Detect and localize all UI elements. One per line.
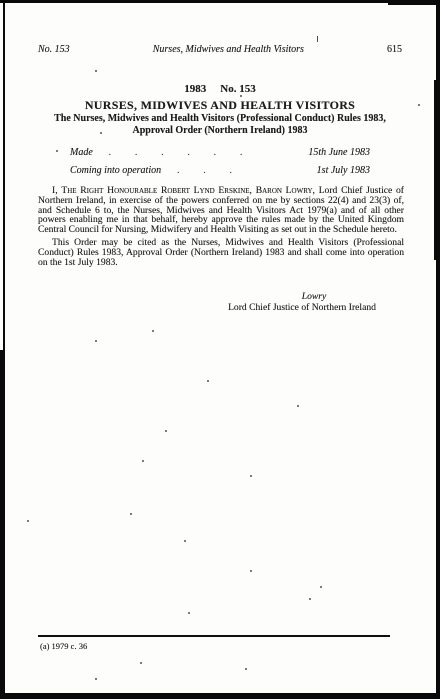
noise-speck xyxy=(250,570,252,572)
noise-speck xyxy=(165,430,167,432)
subtitle-line-2: Approval Order (Northern Ireland) 1983 xyxy=(35,125,405,137)
noise-speck xyxy=(207,380,209,382)
noise-speck xyxy=(320,586,322,588)
meta-label: Coming into operation xyxy=(70,165,161,176)
noise-speck xyxy=(95,340,97,342)
footnote-citation: (a) 1979 c. 36 xyxy=(40,641,87,651)
scan-edge-left-lower xyxy=(0,350,5,699)
dot-leader: ... xyxy=(161,165,317,175)
meta-value: 15th June 1983 xyxy=(308,147,370,158)
footnote-rule xyxy=(38,635,390,637)
scan-edge-top-right xyxy=(388,0,440,5)
signature-name: Lowry xyxy=(226,292,402,303)
scanned-document-page: No. 153 Nurses, Midwives and Health Visi… xyxy=(0,0,440,699)
scan-edge-top xyxy=(0,0,440,3)
noise-speck xyxy=(245,668,247,670)
subtitle-line-1: The Nurses, Midwives and Health Visitors… xyxy=(35,113,405,125)
noise-speck xyxy=(27,520,29,522)
header-rule-number: No. 153 xyxy=(38,44,70,55)
page-header: No. 153 Nurses, Midwives and Health Visi… xyxy=(38,44,402,55)
meta-row-coming-into-operation: Coming into operation ... 1st July 1983 xyxy=(70,165,370,176)
meta-row-made: Made ...... 15th June 1983 xyxy=(70,147,370,158)
document-title: NURSES, MIDWIVES AND HEALTH VISITORS xyxy=(0,98,440,113)
noise-speck xyxy=(297,405,299,407)
scan-edge-left-upper xyxy=(3,2,5,352)
dot-leader: ...... xyxy=(93,147,309,157)
noise-speck xyxy=(309,598,311,600)
document-year: 1983 xyxy=(184,83,206,95)
meta-label: Made xyxy=(70,147,93,158)
noise-speck xyxy=(250,475,252,477)
noise-speck xyxy=(140,662,142,664)
header-page-number: 615 xyxy=(387,44,402,55)
noise-speck xyxy=(130,513,132,515)
scan-edge-bottom xyxy=(0,693,440,699)
header-running-title: Nurses, Midwives and Health Visitors xyxy=(153,44,304,55)
paragraph-enacting: I, The Right Honourable Robert Lynd Ersk… xyxy=(38,186,404,235)
noise-speck xyxy=(188,612,190,614)
noise-speck xyxy=(152,330,154,332)
meta-dates-block: Made ...... 15th June 1983 Coming into o… xyxy=(70,147,370,183)
noise-speck xyxy=(56,150,58,152)
document-number: No. 153 xyxy=(220,83,255,95)
noise-speck xyxy=(142,460,144,462)
noise-speck xyxy=(184,540,186,542)
document-body: I, The Right Honourable Robert Lynd Ersk… xyxy=(38,186,404,267)
paragraph-citation: This Order may be cited as the Nurses, M… xyxy=(38,238,404,267)
document-subtitle: The Nurses, Midwives and Health Visitors… xyxy=(35,113,405,136)
document-number-line: 1983No. 153 xyxy=(0,83,440,95)
noise-speck xyxy=(317,36,318,42)
noise-speck xyxy=(95,70,97,72)
noise-speck xyxy=(95,678,97,680)
meta-value: 1st July 1983 xyxy=(317,165,370,176)
noise-speck xyxy=(240,95,242,97)
signature-title: Lord Chief Justice of Northern Ireland xyxy=(202,303,402,314)
signature-block: Lowry Lord Chief Justice of Northern Ire… xyxy=(202,292,402,313)
